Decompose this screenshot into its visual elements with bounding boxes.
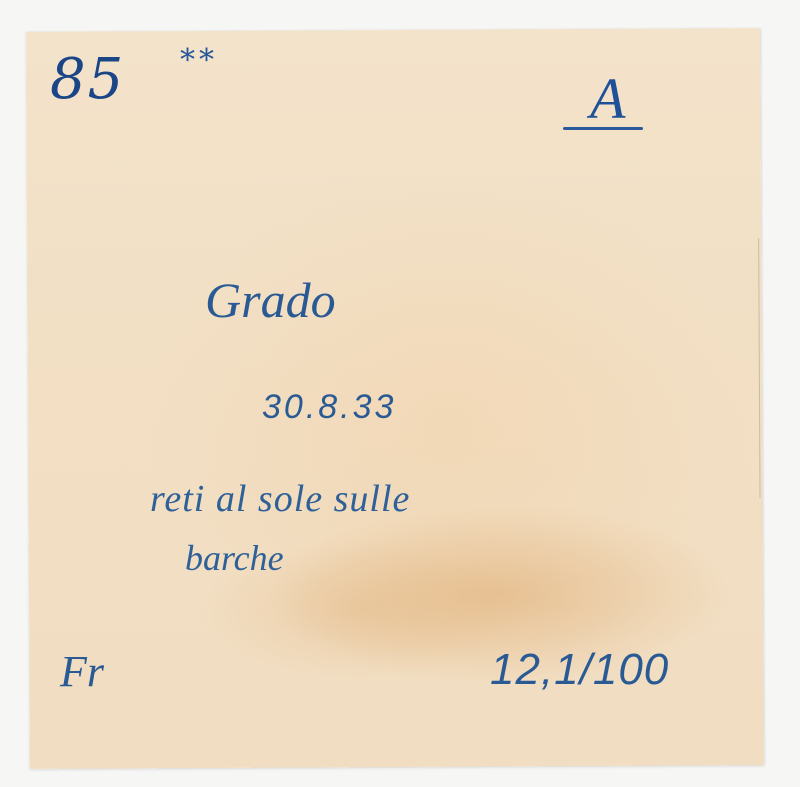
catalog-number: 85 <box>50 52 125 108</box>
paper-fold-edge <box>758 238 760 498</box>
caption-line-1: reti al sole sulle <box>150 480 410 518</box>
price-note: 12,1/100 <box>490 648 669 692</box>
initials: Fr <box>60 650 104 694</box>
caption-line-2: barche <box>185 540 284 576</box>
grade-underline <box>563 127 643 130</box>
place-name: Grado <box>205 275 336 325</box>
grade-letter: A <box>590 70 625 128</box>
date: 30.8.33 <box>262 390 396 424</box>
star-rating: ** <box>180 46 218 76</box>
